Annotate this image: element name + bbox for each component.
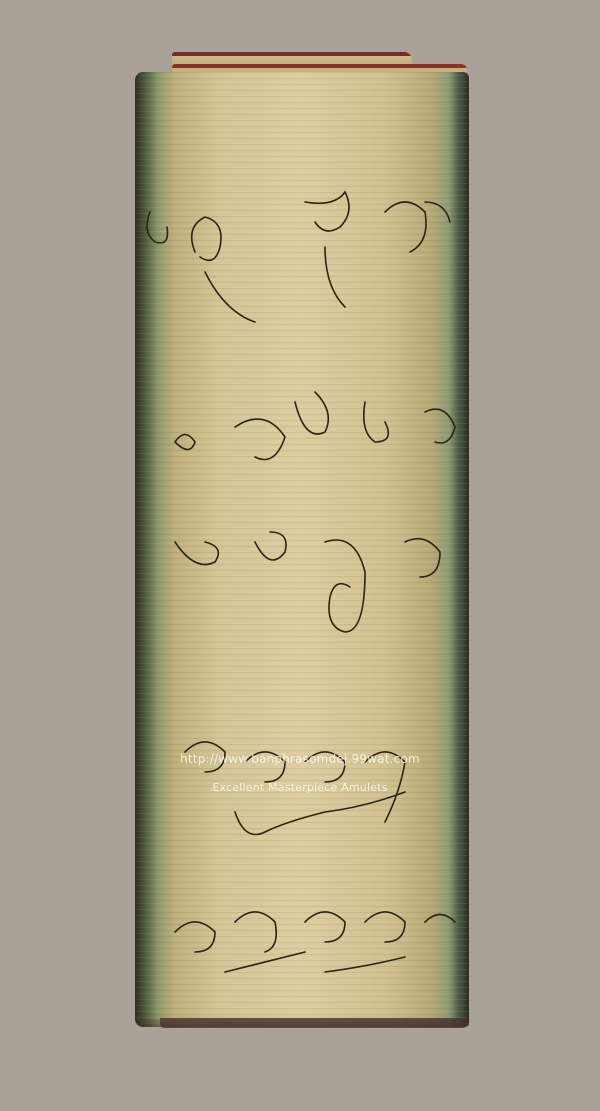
incised-script-glyphs: [135, 72, 469, 1027]
manuscript-photo: http://www.banphrasomdej.99wat.com Excel…: [0, 0, 600, 1111]
watermark-tagline: Excellent Masterpiece Amulets: [0, 781, 600, 794]
watermark-url: http://www.banphrasomdej.99wat.com: [0, 752, 600, 766]
